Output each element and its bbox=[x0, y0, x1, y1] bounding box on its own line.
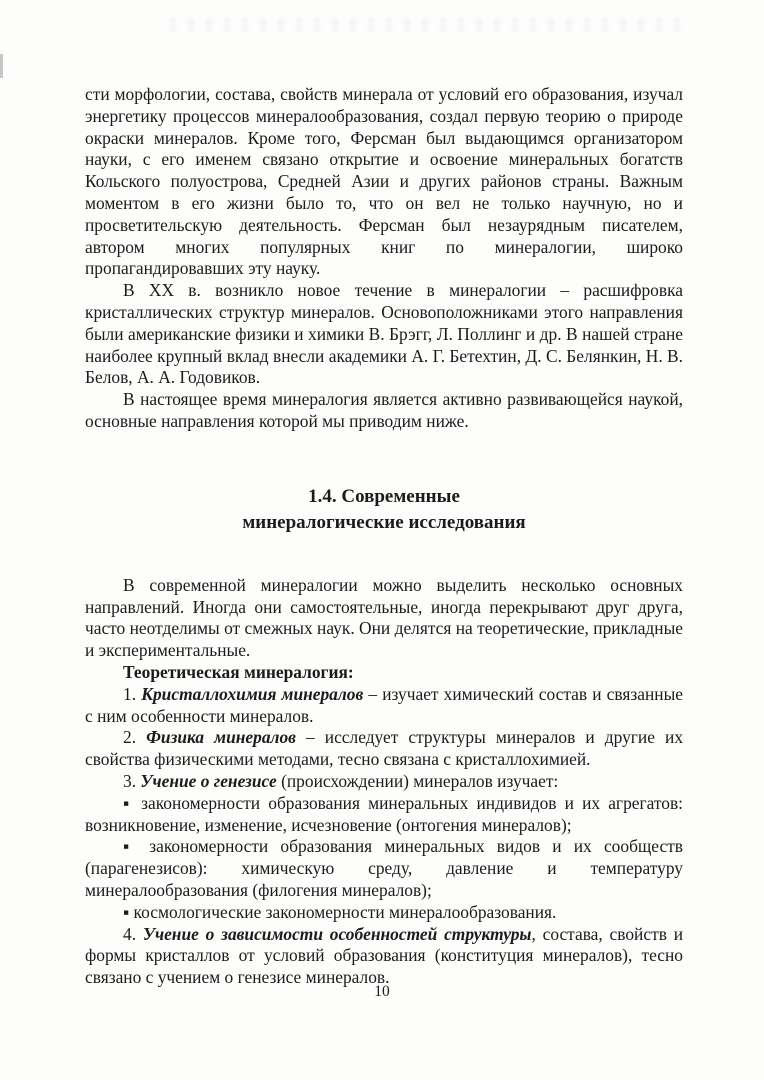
item-term: Физика минералов bbox=[146, 727, 296, 747]
section-heading-line1: 1.4. Современные bbox=[85, 484, 683, 510]
section-heading-line2: минералогические исследования bbox=[85, 510, 683, 536]
scan-artifact-left-edge bbox=[0, 54, 3, 78]
list-item-3-genesis-study: 3. Учение о генезисе (происхождении) мин… bbox=[85, 771, 683, 793]
item-term: Учение о зависимости особенностей структ… bbox=[143, 924, 532, 944]
list-item-1-crystal-chemistry: 1. Кристаллохимия минералов – изучает хи… bbox=[85, 684, 683, 728]
bullet-marker: ▪ bbox=[123, 836, 137, 856]
bullet-text: космологические закономерности минералоо… bbox=[134, 902, 557, 922]
item-number: 4. bbox=[123, 924, 143, 944]
bullet-text: закономерности образования минеральных и… bbox=[85, 793, 683, 835]
page-body: сти морфологии, состава, свойств минерал… bbox=[85, 84, 683, 989]
bullet-marker: ▪ bbox=[123, 793, 133, 813]
item-text: (происхождении) минералов изучает: bbox=[277, 771, 559, 791]
list-item-4-structure-dependence: 4. Учение о зависимости особенностей стр… bbox=[85, 924, 683, 989]
paragraph-modern-directions: В современной минералогии можно выделить… bbox=[85, 575, 683, 662]
page-footer: 10 bbox=[0, 983, 764, 1001]
paragraph-fersman-continued: сти морфологии, состава, свойств минерал… bbox=[85, 84, 683, 280]
subheading-theoretical-mineralogy: Теоретическая минералогия: bbox=[85, 662, 683, 684]
page-number: 10 bbox=[374, 983, 390, 1000]
bullet-item-cosmological: ▪ космологические закономерности минерал… bbox=[85, 902, 683, 924]
item-number: 1. bbox=[123, 684, 141, 704]
bullet-item-phylogeny: ▪ закономерности образования минеральных… bbox=[85, 836, 683, 901]
paragraph-xx-century: В XX в. возникло новое течение в минерал… bbox=[85, 280, 683, 389]
scan-artifact-top bbox=[170, 18, 690, 32]
item-number: 2. bbox=[123, 727, 146, 747]
item-number: 3. bbox=[123, 771, 140, 791]
section-heading-1-4: 1.4. Современные минералогические исслед… bbox=[85, 484, 683, 536]
paragraph-present-state: В настоящее время минералогия является а… bbox=[85, 389, 683, 433]
item-term: Кристаллохимия минералов bbox=[141, 684, 363, 704]
bullet-item-ontogeny: ▪ закономерности образования минеральных… bbox=[85, 793, 683, 837]
bullet-text: закономерности образования минеральных в… bbox=[85, 836, 683, 900]
bullet-marker: ▪ bbox=[123, 902, 129, 922]
list-item-2-mineral-physics: 2. Физика минералов – исследует структур… bbox=[85, 727, 683, 771]
book-page: сти морфологии, состава, свойств минерал… bbox=[0, 0, 764, 1080]
item-term: Учение о генезисе bbox=[140, 771, 276, 791]
